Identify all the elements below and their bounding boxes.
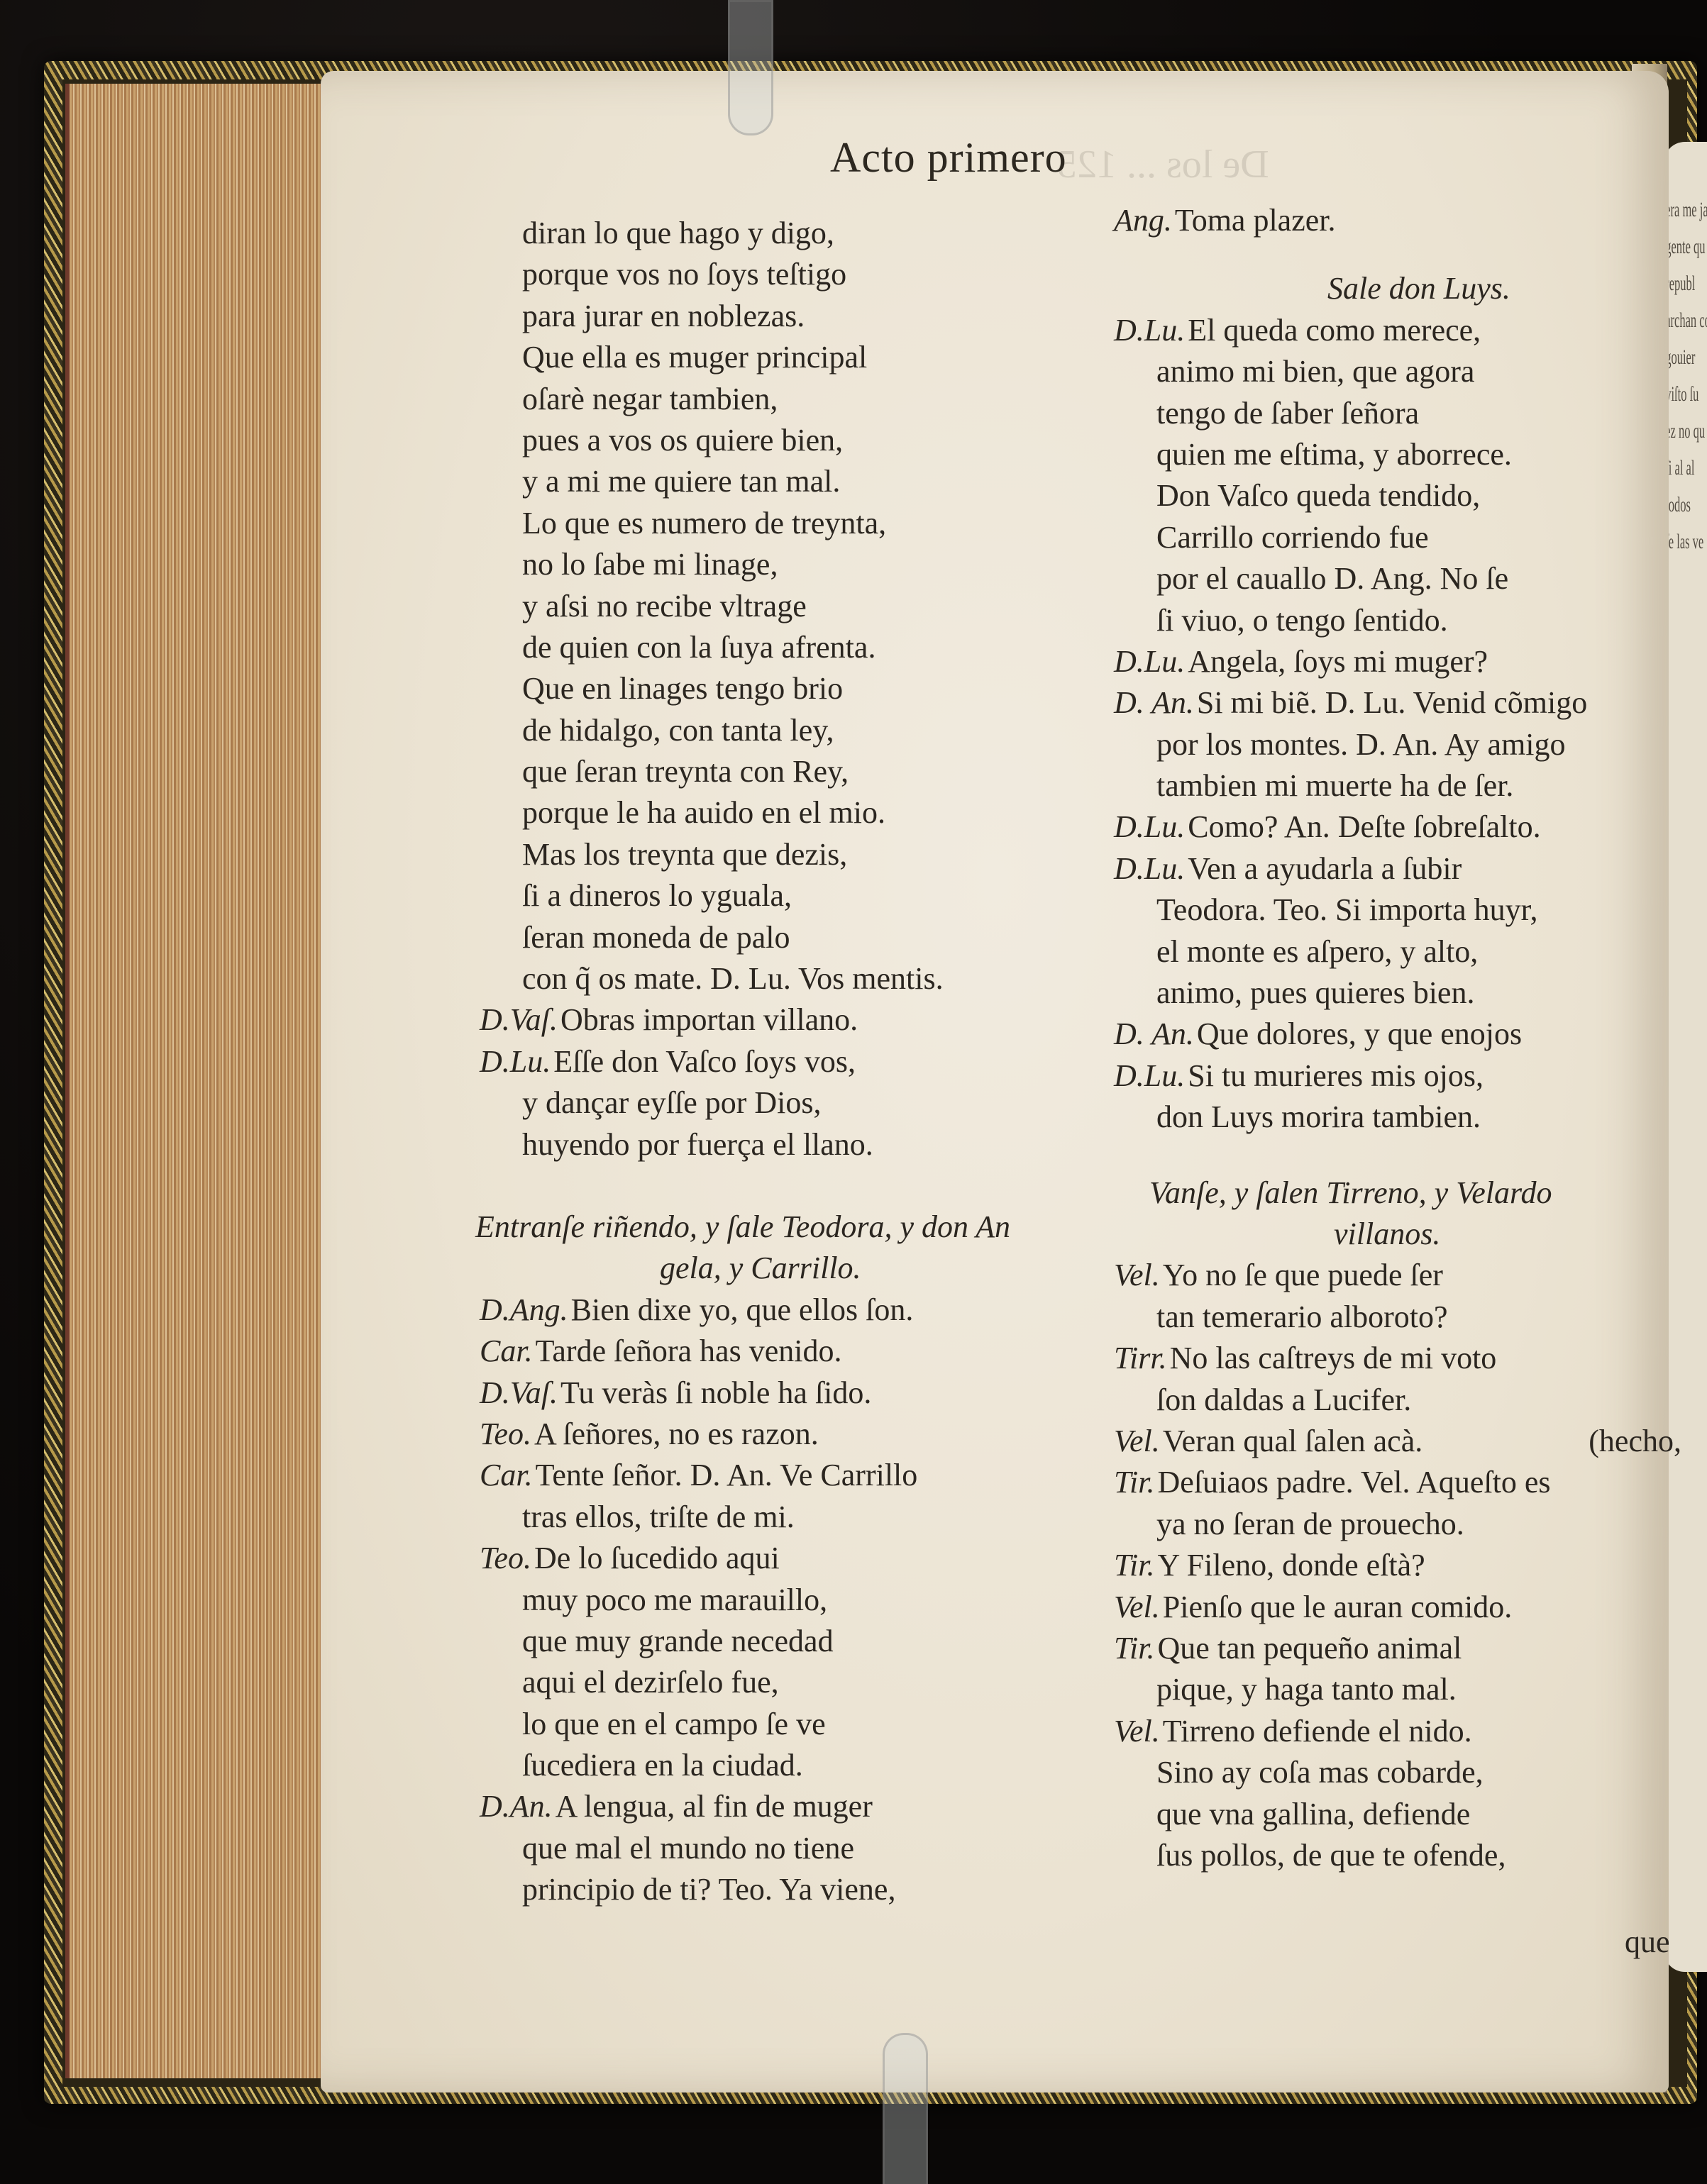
verse-line: Vel.Veran qual ſalen acà.(hecho,	[1114, 1421, 1681, 1462]
verse-line: Car.Tarde ſeñora has venido.	[480, 1331, 1104, 1372]
verse-text: Pienſo que le auran comido.	[1163, 1590, 1512, 1624]
verse-line: con q̃ os mate. D. Lu. Vos mentis.	[480, 958, 1104, 999]
verse-text: con q̃ os mate. D. Lu. Vos mentis.	[522, 961, 944, 996]
verse-line: y a mi me quiere tan mal.	[480, 461, 1104, 502]
verse-text: Angela, ſoys mi muger?	[1188, 644, 1488, 679]
verse-text: tan temerario alboroto?	[1156, 1299, 1447, 1334]
verse-text: Mas los treynta que dezis,	[522, 837, 847, 872]
verse-line: oſarè negar tambien,	[480, 379, 1104, 420]
verse-line: tengo de ſaber ſeñora	[1114, 393, 1681, 434]
verse-text: ſon daldas a Lucifer.	[1156, 1382, 1411, 1417]
verse-line: D.Lu.El queda como merece,	[1114, 310, 1681, 351]
verse-line: Carrillo corriendo fue	[1114, 517, 1681, 558]
verse-text: y dançar eyſſe por Dios,	[522, 1085, 822, 1120]
verse-text: y aſsi no recibe vltrage	[522, 589, 807, 623]
speaker-label: Tir.	[1114, 1548, 1155, 1582]
verse-text: Don Vaſco queda tendido,	[1156, 478, 1480, 513]
verse-text: aqui el dezirſelo fue,	[522, 1665, 779, 1700]
verse-text: don Luys morira tambien.	[1156, 1099, 1481, 1134]
verse-text: de quien con la ſuya afrenta.	[522, 630, 875, 665]
right-verse-block-3: Vel.Yo no ſe que puede ſertan temerario …	[1114, 1255, 1681, 1876]
verse-line: ſi viuo, o tengo ſentido.	[1114, 600, 1681, 641]
speaker-label: D. An.	[1114, 685, 1194, 720]
verse-line: por los montes. D. An. Ay amigo	[1114, 724, 1681, 765]
verse-line: Vel.Pienſo que le auran comido.	[1114, 1587, 1681, 1628]
verse-text: tengo de ſaber ſeñora	[1156, 396, 1419, 431]
verse-line: de quien con la ſuya afrenta.	[480, 627, 1104, 668]
verse-text: oſarè negar tambien,	[522, 382, 778, 416]
verse-line: Que ella es muger principal	[480, 337, 1104, 378]
verse-text: Teodora. Teo. Si importa huyr,	[1156, 892, 1538, 927]
verse-text: pues a vos os quiere bien,	[522, 423, 843, 458]
verse-text: Ven a ayudarla a ſubir	[1188, 851, 1462, 886]
verse-line: Tir.Deſuiaos padre. Vel. Aqueſto es	[1114, 1462, 1681, 1503]
verse-line: porque le ha auido en el mio.	[480, 792, 1104, 833]
stage-direction-vanse: Vanſe, y ſalen Tirreno, y Velardo villan…	[1114, 1173, 1681, 1255]
verse-text: De lo ſucedido aqui	[534, 1541, 780, 1575]
stage-direction-line-1: Entranſe riñendo, y ſale Teodora, y don …	[475, 1207, 1104, 1248]
verse-line: Teo.De lo ſucedido aqui	[480, 1538, 1104, 1579]
verse-line: y aſsi no recibe vltrage	[480, 586, 1104, 627]
verse-line: tras ellos, triſte de mi.	[480, 1497, 1104, 1538]
verse-text: Si mi biẽ. D. Lu. Venid cõmigo	[1197, 685, 1587, 720]
turnover-word: (hecho,	[1589, 1421, 1681, 1462]
verse-line: diran lo que hago y digo,	[480, 213, 1104, 254]
verse-text: A ſeñores, no es razon.	[534, 1417, 819, 1451]
verse-text: que vna gallina, defiende	[1156, 1797, 1470, 1831]
verse-text: Tente ſeñor. D. An. Ve Carrillo	[536, 1458, 918, 1492]
verse-text: Eſſe don Vaſco ſoys vos,	[553, 1044, 856, 1079]
verse-line: D.Lu.Si tu murieres mis ojos,	[1114, 1055, 1681, 1097]
verse-text: pique, y haga tanto mal.	[1156, 1672, 1457, 1707]
speaker-label: Teo.	[480, 1417, 531, 1451]
verse-text: por los montes. D. An. Ay amigo	[1156, 727, 1566, 762]
verse-line: ſeran moneda de palo	[480, 917, 1104, 958]
verse-line: lo que en el campo ſe ve	[480, 1704, 1104, 1745]
verse-line: huyendo por fuerça el llano.	[480, 1124, 1104, 1165]
catchword: que	[1625, 1924, 1670, 1960]
verse-text: ſus pollos, de que te ofende,	[1156, 1838, 1506, 1873]
speaker-label: D.Vaſ.	[480, 1375, 558, 1410]
verse-line: quien me eſtima, y aborrece.	[1114, 434, 1681, 475]
verse-text: Deſuiaos padre. Vel. Aqueſto es	[1158, 1465, 1551, 1500]
verse-text: porque le ha auido en el mio.	[522, 795, 885, 830]
verse-text: Y Fileno, donde eſtà?	[1158, 1548, 1425, 1582]
verse-line: tan temerario alboroto?	[1114, 1297, 1681, 1338]
verse-text: ſucediera en la ciudad.	[522, 1748, 803, 1783]
verse-text: de hidalgo, con tanta ley,	[522, 713, 834, 748]
verse-text: Que en linages tengo brio	[522, 671, 843, 706]
speaker-label: Vel.	[1114, 1590, 1160, 1624]
verse-line: Mas los treynta que dezis,	[480, 834, 1104, 875]
verse-line: Tirr.No las caſtreys de mi voto	[1114, 1338, 1681, 1379]
verse-line: D.Lu.Ven a ayudarla a ſubir	[1114, 848, 1681, 889]
verse-text: No las caſtreys de mi voto	[1170, 1341, 1497, 1375]
verse-text: Tarde ſeñora has venido.	[536, 1334, 842, 1368]
speaker-label: Car.	[480, 1458, 533, 1492]
verse-line: Lo que es numero de treynta,	[480, 503, 1104, 544]
verse-line: Tir.Que tan pequeño animal	[1114, 1628, 1681, 1669]
verse-text: Tu veràs ſi noble ha ſido.	[560, 1375, 871, 1410]
verse-text: ya no ſeran de prouecho.	[1156, 1507, 1464, 1541]
verse-line: D.An.A lengua, al fin de muger	[480, 1786, 1104, 1827]
speaker-label: Teo.	[480, 1541, 531, 1575]
verse-line: que muy grande necedad	[480, 1621, 1104, 1662]
verse-line: D. An.Que dolores, y que enojos	[1114, 1014, 1681, 1055]
left-verse-block-2: D.Ang.Bien dixe yo, que ellos ſon.Car.Ta…	[480, 1290, 1104, 1911]
verse-text: Como? An. Deſte ſobreſalto.	[1188, 809, 1540, 844]
speaker-label: D.Lu.	[1114, 313, 1185, 348]
verse-line: animo mi bien, que agora	[1114, 351, 1681, 392]
verse-line: Teo.A ſeñores, no es razon.	[480, 1414, 1104, 1455]
verse-line: Que en linages tengo brio	[480, 668, 1104, 709]
verse-text: Yo no ſe que puede ſer	[1163, 1258, 1443, 1292]
verse-line: ſucediera en la ciudad.	[480, 1745, 1104, 1786]
verse-line: de hidalgo, con tanta ley,	[480, 710, 1104, 751]
speaker-label: Vel.	[1114, 1424, 1160, 1458]
verse-text: tras ellos, triſte de mi.	[522, 1500, 795, 1534]
verse-line: D.Lu.Eſſe don Vaſco ſoys vos,	[480, 1041, 1104, 1082]
speaker-label: Vel.	[1114, 1714, 1160, 1748]
verse-line: Don Vaſco queda tendido,	[1114, 475, 1681, 516]
verse-line: ſus pollos, de que te ofende,	[1114, 1835, 1681, 1876]
verse-text: ſi a dineros lo yguala,	[522, 878, 792, 913]
stage-direction-sale-don-luys: Sale don Luys.	[1114, 268, 1681, 309]
verse-text: porque vos no ſoys teſtigo	[522, 257, 846, 292]
verse-line: Sino ay coſa mas cobarde,	[1114, 1752, 1681, 1793]
verse-line: don Luys morira tambien.	[1114, 1097, 1681, 1138]
speaker-label: Car.	[480, 1334, 533, 1368]
verse-text: huyendo por fuerça el llano.	[522, 1127, 873, 1162]
verse-text: que mal el mundo no tiene	[522, 1831, 854, 1866]
verse-text: Que tan pequeño animal	[1158, 1631, 1462, 1665]
speaker-label: D.Ang.	[480, 1292, 568, 1327]
verse-line: D.Lu.Como? An. Deſte ſobreſalto.	[1114, 806, 1681, 848]
verse-text: ſeran moneda de palo	[522, 920, 790, 955]
verse-text: Que ella es muger principal	[522, 340, 867, 375]
verse-line: por el cauallo D. Ang. No ſe	[1114, 558, 1681, 599]
right-verse-block-2: D.Lu.El queda como merece,animo mi bien,…	[1114, 310, 1681, 1138]
verse-line: tambien mi muerte ha de ſer.	[1114, 765, 1681, 806]
verse-text: muy poco me marauillo,	[522, 1582, 827, 1617]
verse-line: D. An.Si mi biẽ. D. Lu. Venid cõmigo	[1114, 682, 1681, 724]
verse-text: principio de ti? Teo. Ya viene,	[522, 1872, 895, 1907]
speaker-label: Ang.	[1114, 203, 1172, 238]
speaker-label: D.Lu.	[1114, 1058, 1185, 1093]
verse-line: muy poco me marauillo,	[480, 1580, 1104, 1621]
verse-line: pique, y haga tanto mal.	[1114, 1669, 1681, 1710]
speaker-label: D.Lu.	[1114, 809, 1185, 844]
page-clip-bottom	[883, 2033, 928, 2184]
verse-line: Vel.Yo no ſe que puede ſer	[1114, 1255, 1681, 1296]
stage-direction-line-2: villanos.	[1114, 1214, 1681, 1255]
speaker-label: D.Vaſ.	[480, 1002, 558, 1037]
verse-text: lo que en el campo ſe ve	[522, 1707, 826, 1741]
speaker-label: D.An.	[480, 1789, 553, 1824]
verse-line: Vel.Tirreno defiende el nido.	[1114, 1711, 1681, 1752]
verse-line: aqui el dezirſelo fue,	[480, 1662, 1104, 1703]
verse-line: D.Lu.Angela, ſoys mi muger?	[1114, 641, 1681, 682]
speaker-label: D.Lu.	[480, 1044, 551, 1079]
left-column: diran lo que hago y digo,porque vos no ſ…	[480, 213, 1104, 1911]
verse-line: el monte es aſpero, y alto,	[1114, 931, 1681, 972]
verse-text: Que dolores, y que enojos	[1197, 1016, 1522, 1051]
verse-line: para jurar en noblezas.	[480, 296, 1104, 337]
verse-text: Veran qual ſalen acà.	[1163, 1424, 1422, 1458]
verse-line: Teodora. Teo. Si importa huyr,	[1114, 889, 1681, 931]
verse-line: no lo ſabe mi linage,	[480, 544, 1104, 585]
verse-text: Obras importan villano.	[560, 1002, 858, 1037]
verse-line: animo, pues quieres bien.	[1114, 972, 1681, 1014]
verse-text: Si tu murieres mis ojos,	[1188, 1058, 1484, 1093]
verse-line: que mal el mundo no tiene	[480, 1828, 1104, 1869]
verse-text: que muy grande necedad	[522, 1624, 834, 1658]
verse-text: animo mi bien, que agora	[1156, 354, 1474, 389]
right-verse-block-1: Ang.Toma plazer.	[1114, 200, 1681, 241]
speaker-label: Tir.	[1114, 1465, 1155, 1500]
page-block-fore-edge	[70, 84, 329, 2078]
verse-line: ſi a dineros lo yguala,	[480, 875, 1104, 916]
verse-line: Ang.Toma plazer.	[1114, 200, 1681, 241]
right-column: Ang.Toma plazer. Sale don Luys. D.Lu.El …	[1114, 200, 1681, 1876]
verse-line: D.Vaſ.Obras importan villano.	[480, 999, 1104, 1041]
verse-line: Car.Tente ſeñor. D. An. Ve Carrillo	[480, 1455, 1104, 1496]
speaker-label: Tir.	[1114, 1631, 1155, 1665]
verse-line: ſon daldas a Lucifer.	[1114, 1380, 1681, 1421]
verse-line: y dançar eyſſe por Dios,	[480, 1082, 1104, 1124]
verse-line: porque vos no ſoys teſtigo	[480, 254, 1104, 295]
page-clip-top	[728, 0, 773, 135]
verse-text: Lo que es numero de treynta,	[522, 506, 886, 541]
left-verse-block-1: diran lo que hago y digo,porque vos no ſ…	[480, 213, 1104, 1165]
verse-line: pues a vos os quiere bien,	[480, 420, 1104, 461]
verse-line: principio de ti? Teo. Ya viene,	[480, 1869, 1104, 1910]
verse-text: quien me eſtima, y aborrece.	[1156, 437, 1512, 472]
verse-line: D.Ang.Bien dixe yo, que ellos ſon.	[480, 1290, 1104, 1331]
verse-text: ſi viuo, o tengo ſentido.	[1156, 603, 1448, 638]
verse-text: animo, pues quieres bien.	[1156, 975, 1474, 1010]
verse-line: que vna gallina, defiende	[1114, 1794, 1681, 1835]
verse-text: Bien dixe yo, que ellos ſon.	[571, 1292, 914, 1327]
verse-text: diran lo que hago y digo,	[522, 216, 834, 250]
speaker-label: Vel.	[1114, 1258, 1160, 1292]
verse-text: para jurar en noblezas.	[522, 299, 805, 333]
verse-text: el monte es aſpero, y alto,	[1156, 934, 1478, 969]
verse-line: Tir.Y Fileno, donde eſtà?	[1114, 1545, 1681, 1586]
verse-text: y a mi me quiere tan mal.	[522, 464, 840, 499]
verse-text: Tirreno defiende el nido.	[1163, 1714, 1472, 1748]
bleed-through-text: De los ... 125	[1057, 142, 1269, 187]
verse-line: ya no ſeran de prouecho.	[1114, 1504, 1681, 1545]
verse-text: El queda como merece,	[1188, 313, 1481, 348]
verse-text: Carrillo corriendo fue	[1156, 520, 1429, 555]
verse-text: por el cauallo D. Ang. No ſe	[1156, 561, 1508, 596]
speaker-label: D.Lu.	[1114, 851, 1185, 886]
verse-text: que ſeran treynta con Rey,	[522, 754, 849, 789]
stage-direction-line-2: gela, y Carrillo.	[475, 1248, 1104, 1289]
verse-line: D.Vaſ.Tu veràs ſi noble ha ſido.	[480, 1373, 1104, 1414]
verse-text: no lo ſabe mi linage,	[522, 547, 778, 582]
verse-text: A lengua, al fin de muger	[556, 1789, 873, 1824]
speaker-label: D.Lu.	[1114, 644, 1185, 679]
verse-line: que ſeran treynta con Rey,	[480, 751, 1104, 792]
stage-direction-left: Entranſe riñendo, y ſale Teodora, y don …	[475, 1207, 1104, 1290]
speaker-label: D. An.	[1114, 1016, 1194, 1051]
stage-direction-line-1: Vanſe, y ſalen Tirreno, y Velardo	[1114, 1173, 1681, 1214]
verse-text: Sino ay coſa mas cobarde,	[1156, 1755, 1484, 1790]
verse-text: Toma plazer.	[1175, 203, 1336, 238]
running-head: Acto primero	[830, 133, 1067, 182]
verse-text: tambien mi muerte ha de ſer.	[1156, 768, 1513, 803]
speaker-label: Tirr.	[1114, 1341, 1167, 1375]
